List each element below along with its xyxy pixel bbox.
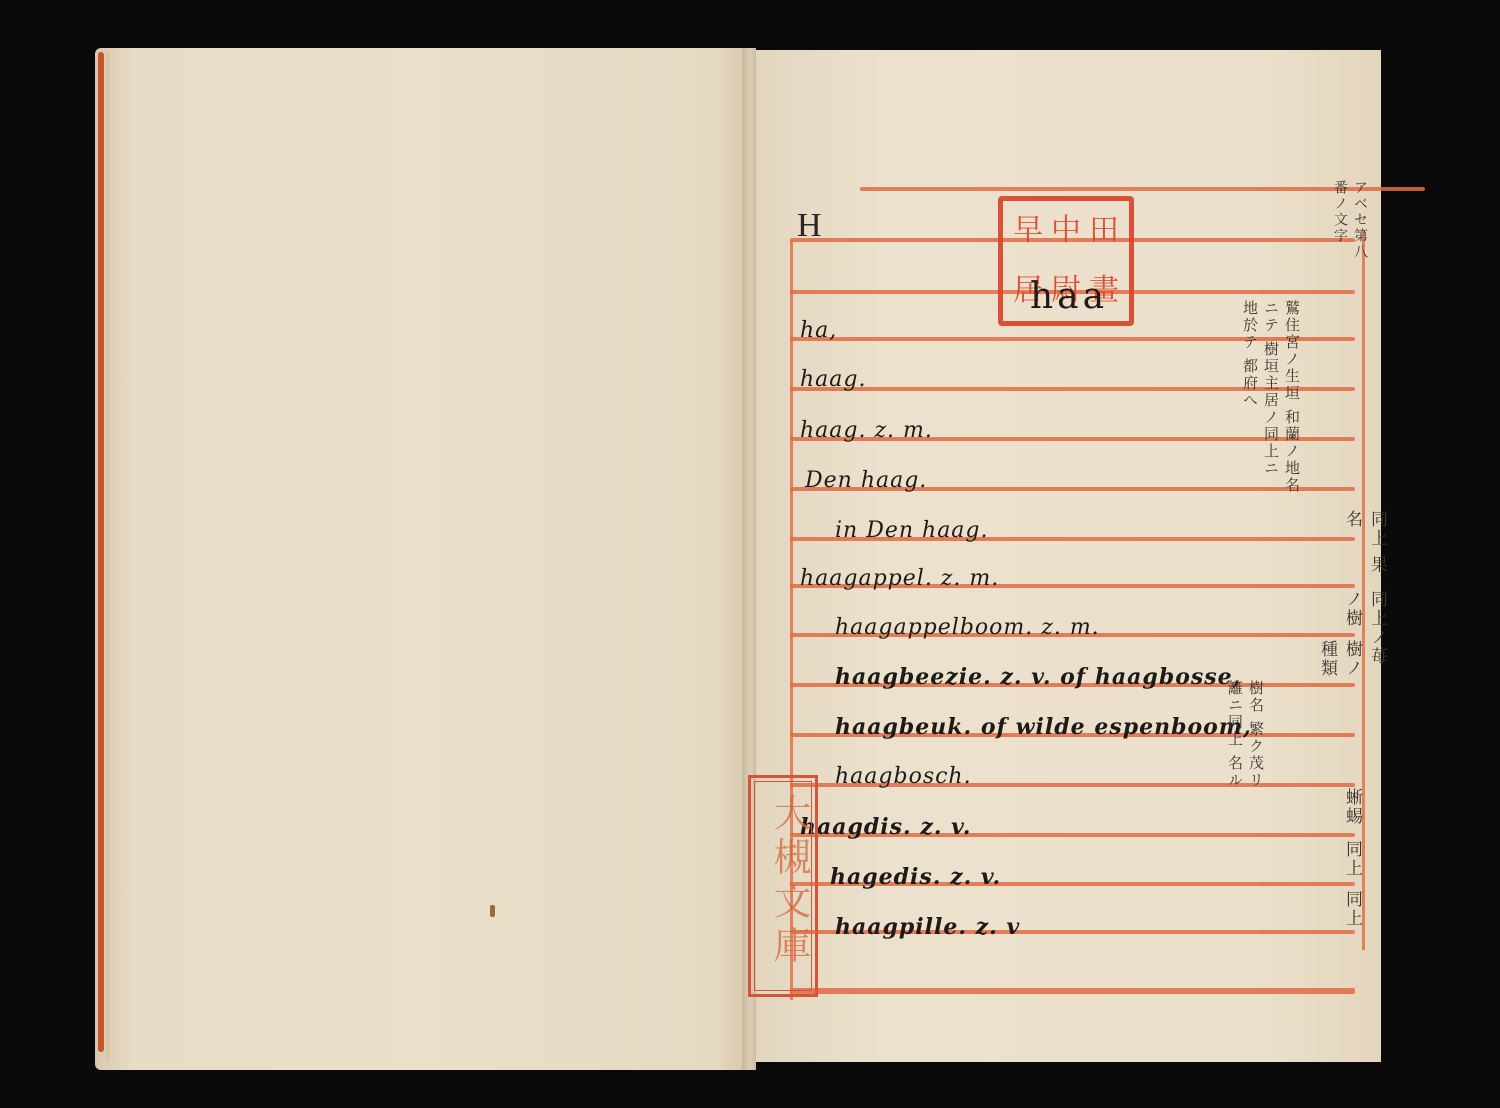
japanese-gloss: 鷲住宮ノ生垣 和蘭ノ地名ニテ 樹垣主居ノ同上ニ 地於テ 都府へ xyxy=(1240,300,1303,500)
dictionary-entry: Den haag. xyxy=(805,468,927,493)
japanese-gloss: 同上 xyxy=(1340,890,1365,940)
section-heading: haa xyxy=(1030,276,1108,317)
dictionary-entry: haag. xyxy=(800,367,866,392)
left-page-red-edge xyxy=(98,52,104,1052)
library-stamp-text: 大槻文庫 xyxy=(762,793,817,969)
japanese-gloss: 蜥蜴 xyxy=(1340,788,1365,838)
ink-stain xyxy=(490,905,495,917)
seal-char: 田 xyxy=(1085,211,1123,251)
seal-char: 中 xyxy=(1047,211,1085,251)
japanese-gloss: 樹名 繁ク茂リ 籬ニ同上 名ル xyxy=(1225,680,1267,810)
dictionary-entry: haagpille. z. v xyxy=(835,914,1020,940)
seal-char: 早 xyxy=(1009,211,1047,251)
japanese-gloss: 同上 果名 xyxy=(1340,510,1390,590)
dictionary-entry: haagbeuk. of wilde espenboom, xyxy=(835,714,1252,740)
dictionary-entry: haagbosch. xyxy=(835,764,972,789)
dictionary-entry: haagappelboom. z. m. xyxy=(835,615,1100,640)
dictionary-entry: haagbeezie. z. v. of haagbosse, xyxy=(835,664,1241,690)
left-page-fore-edge xyxy=(106,52,109,1062)
dictionary-entry: haagappel. z. m. xyxy=(800,566,999,591)
ruled-line xyxy=(790,988,1355,994)
japanese-gloss: 樹ノ種類 xyxy=(1315,640,1365,690)
dictionary-entry: haag. z. m. xyxy=(800,418,933,443)
dictionary-entry: hagedis. z. v. xyxy=(830,864,1001,890)
dictionary-entry: in Den haag. xyxy=(835,518,989,543)
dictionary-entry: haagdis. z. v. xyxy=(800,814,971,840)
letter-heading: H xyxy=(797,207,822,245)
japanese-gloss: 同上 xyxy=(1340,840,1365,890)
dictionary-entry: ha, xyxy=(800,318,837,343)
japanese-gloss: アベセ第八番ノ文字 xyxy=(1330,180,1370,260)
left-page xyxy=(95,48,747,1070)
